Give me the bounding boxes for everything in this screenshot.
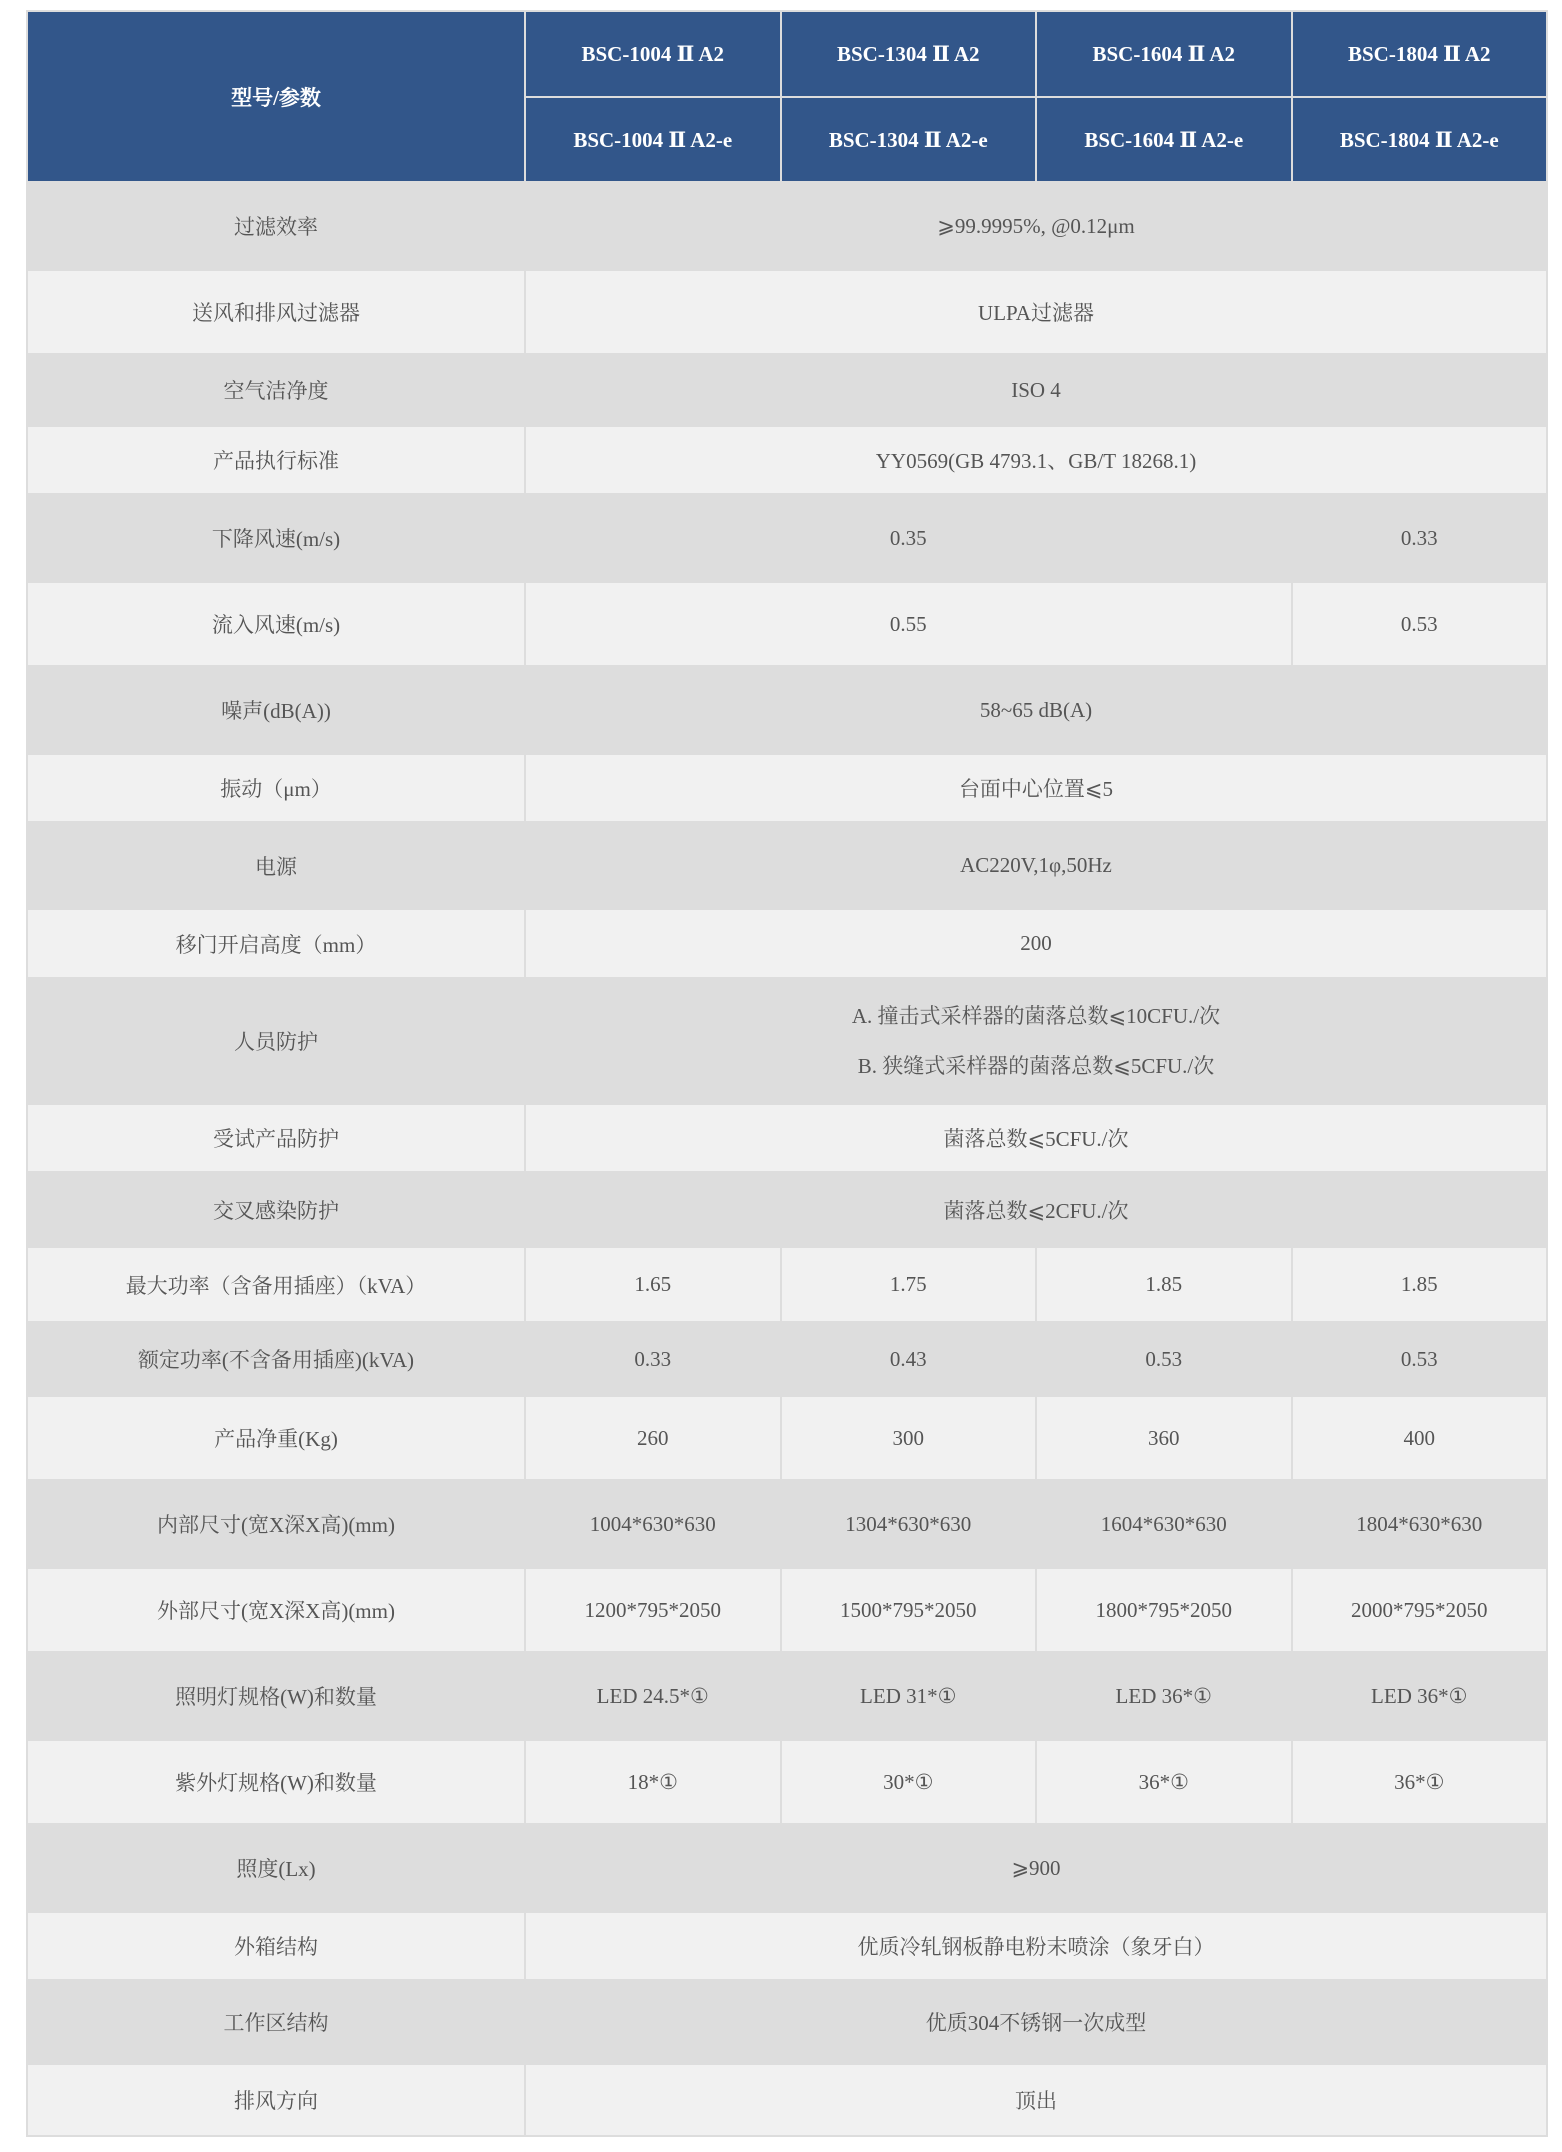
table-row: 工作区结构优质304不锈钢一次成型 <box>27 1980 1547 2064</box>
table-row: 交叉感染防护菌落总数⩽2CFU./次 <box>27 1172 1547 1247</box>
table-row: 过滤效率⩾99.9995%, @0.12μm <box>27 182 1547 270</box>
row-value-cell: ULPA过滤器 <box>525 270 1547 354</box>
row-label: 流入风速(m/s) <box>27 582 525 666</box>
model-header-1004: BSC-1004 Ⅱ A2 <box>525 11 781 97</box>
cell-text: 58~65 dB(A) <box>532 698 1540 723</box>
table-row: 照度(Lx)⩾900 <box>27 1824 1547 1912</box>
table-row: 内部尺寸(宽X深X高)(mm)1004*630*6301304*630*6301… <box>27 1480 1547 1568</box>
cell-text: 36*① <box>1043 1770 1285 1795</box>
row-value-cell: YY0569(GB 4793.1、GB/T 18268.1) <box>525 426 1547 494</box>
table-row: 流入风速(m/s)0.550.53 <box>27 582 1547 666</box>
table-row: 受试产品防护菌落总数⩽5CFU./次 <box>27 1104 1547 1172</box>
cell-text: ⩾99.9995%, @0.12μm <box>532 214 1540 239</box>
row-label: 噪声(dB(A)) <box>27 666 525 754</box>
row-value-cell: 优质冷轧钢板静电粉末喷涂（象牙白） <box>525 1912 1547 1980</box>
cell-text: ISO 4 <box>532 378 1540 403</box>
row-value-cell: 0.53 <box>1292 1322 1548 1396</box>
cell-text: 1.85 <box>1299 1272 1541 1297</box>
model-header-1604-e: BSC-1604 Ⅱ A2-e <box>1036 97 1292 182</box>
table-row: 振动（μm）台面中心位置⩽5 <box>27 754 1547 822</box>
table-row: 产品净重(Kg)260300360400 <box>27 1396 1547 1480</box>
row-value-cell: 36*① <box>1292 1740 1548 1824</box>
cell-text: 1.75 <box>788 1272 1030 1297</box>
cell-text: 1.65 <box>532 1272 774 1297</box>
row-label: 外箱结构 <box>27 1912 525 1980</box>
cell-text: LED 24.5*① <box>532 1684 774 1709</box>
cell-text: 0.35 <box>532 526 1285 551</box>
table-row: 下降风速(m/s)0.350.33 <box>27 494 1547 582</box>
table-row: 送风和排风过滤器ULPA过滤器 <box>27 270 1547 354</box>
row-label: 受试产品防护 <box>27 1104 525 1172</box>
cell-text: 1604*630*630 <box>1043 1512 1285 1537</box>
cell-text: A. 撞击式采样器的菌落总数⩽10CFU./次 <box>532 991 1540 1041</box>
row-value-cell: 1.85 <box>1292 1247 1548 1322</box>
cell-text: ⩾900 <box>532 1856 1540 1881</box>
cell-text: YY0569(GB 4793.1、GB/T 18268.1) <box>532 445 1540 475</box>
cell-text: 0.53 <box>1043 1347 1285 1372</box>
row-label: 移门开启高度（mm） <box>27 909 525 978</box>
row-value-cell: LED 36*① <box>1036 1652 1292 1740</box>
cell-text: 2000*795*2050 <box>1299 1598 1541 1623</box>
row-value-cell: LED 24.5*① <box>525 1652 781 1740</box>
row-value-cell: 36*① <box>1036 1740 1292 1824</box>
table-row: 产品执行标准YY0569(GB 4793.1、GB/T 18268.1) <box>27 426 1547 494</box>
cell-text: 260 <box>532 1426 774 1451</box>
row-value-cell: 0.53 <box>1292 582 1548 666</box>
cell-text: 1304*630*630 <box>788 1512 1030 1537</box>
row-value-cell: ⩾99.9995%, @0.12μm <box>525 182 1547 270</box>
table-row: 排风方向顶出 <box>27 2064 1547 2136</box>
cell-text: B. 狭缝式采样器的菌落总数⩽5CFU./次 <box>532 1041 1540 1091</box>
row-label: 振动（μm） <box>27 754 525 822</box>
row-value-cell: 1800*795*2050 <box>1036 1568 1292 1652</box>
row-value-cell: 1004*630*630 <box>525 1480 781 1568</box>
row-label: 紫外灯规格(W)和数量 <box>27 1740 525 1824</box>
cell-text: 0.55 <box>532 612 1285 637</box>
row-value-cell: 1804*630*630 <box>1292 1480 1548 1568</box>
table-row: 紫外灯规格(W)和数量18*①30*①36*①36*① <box>27 1740 1547 1824</box>
cell-text: 0.53 <box>1299 612 1541 637</box>
row-value-cell: 1.65 <box>525 1247 781 1322</box>
row-value-cell: LED 31*① <box>781 1652 1037 1740</box>
table-row: 移门开启高度（mm）200 <box>27 909 1547 978</box>
row-value-cell: 1.75 <box>781 1247 1037 1322</box>
row-value-cell: 1604*630*630 <box>1036 1480 1292 1568</box>
row-value-cell: ⩾900 <box>525 1824 1547 1912</box>
model-header-1804: BSC-1804 Ⅱ A2 <box>1292 11 1548 97</box>
table-body: 过滤效率⩾99.9995%, @0.12μm送风和排风过滤器ULPA过滤器空气洁… <box>27 182 1547 2136</box>
row-value-cell: 1500*795*2050 <box>781 1568 1037 1652</box>
cell-text: 200 <box>532 931 1540 956</box>
cell-text: 1200*795*2050 <box>532 1598 774 1623</box>
header-row-models: 型号/参数 BSC-1004 Ⅱ A2 BSC-1304 Ⅱ A2 BSC-16… <box>27 11 1547 97</box>
cell-text: 顶出 <box>532 2085 1540 2115</box>
row-value-cell: 台面中心位置⩽5 <box>525 754 1547 822</box>
row-label: 排风方向 <box>27 2064 525 2136</box>
row-value-cell: 0.33 <box>1292 494 1548 582</box>
row-value-cell: 58~65 dB(A) <box>525 666 1547 754</box>
row-label: 空气洁净度 <box>27 354 525 426</box>
row-label: 交叉感染防护 <box>27 1172 525 1247</box>
cell-text: 1804*630*630 <box>1299 1512 1541 1537</box>
cell-text: 300 <box>788 1426 1030 1451</box>
row-label: 电源 <box>27 822 525 909</box>
row-label: 工作区结构 <box>27 1980 525 2064</box>
cell-text: 1500*795*2050 <box>788 1598 1030 1623</box>
row-value-cell: 18*① <box>525 1740 781 1824</box>
table-row: 照明灯规格(W)和数量LED 24.5*①LED 31*①LED 36*①LED… <box>27 1652 1547 1740</box>
row-label: 最大功率（含备用插座）（kVA） <box>27 1247 525 1322</box>
row-value-cell: 30*① <box>781 1740 1037 1824</box>
corner-header: 型号/参数 <box>27 11 525 182</box>
model-header-1804-e: BSC-1804 Ⅱ A2-e <box>1292 97 1548 182</box>
row-value-cell: 菌落总数⩽2CFU./次 <box>525 1172 1547 1247</box>
cell-text: 菌落总数⩽2CFU./次 <box>532 1195 1540 1225</box>
cell-text: 400 <box>1299 1426 1541 1451</box>
table-row: 外箱结构优质冷轧钢板静电粉末喷涂（象牙白） <box>27 1912 1547 1980</box>
row-label: 人员防护 <box>27 978 525 1104</box>
table-row: 额定功率(不含备用插座)(kVA)0.330.430.530.53 <box>27 1322 1547 1396</box>
row-value-cell: LED 36*① <box>1292 1652 1548 1740</box>
row-label: 过滤效率 <box>27 182 525 270</box>
row-value-cell: 菌落总数⩽5CFU./次 <box>525 1104 1547 1172</box>
cell-text: 0.43 <box>788 1347 1030 1372</box>
row-value-cell: 0.53 <box>1036 1322 1292 1396</box>
model-header-1004-e: BSC-1004 Ⅱ A2-e <box>525 97 781 182</box>
row-value-cell: 300 <box>781 1396 1037 1480</box>
row-value-cell: 200 <box>525 909 1547 978</box>
cell-text: 1.85 <box>1043 1272 1285 1297</box>
spec-table: 型号/参数 BSC-1004 Ⅱ A2 BSC-1304 Ⅱ A2 BSC-16… <box>26 10 1548 2137</box>
cell-text: 菌落总数⩽5CFU./次 <box>532 1123 1540 1153</box>
table-row: 噪声(dB(A))58~65 dB(A) <box>27 666 1547 754</box>
row-value-cell: 优质304不锈钢一次成型 <box>525 1980 1547 2064</box>
cell-text: 0.33 <box>1299 526 1541 551</box>
row-value-cell: 1304*630*630 <box>781 1480 1037 1568</box>
cell-text: AC220V,1φ,50Hz <box>532 853 1540 878</box>
cell-text: 优质304不锈钢一次成型 <box>532 2007 1540 2037</box>
table-row: 人员防护A. 撞击式采样器的菌落总数⩽10CFU./次B. 狭缝式采样器的菌落总… <box>27 978 1547 1104</box>
row-label: 产品净重(Kg) <box>27 1396 525 1480</box>
cell-text: 18*① <box>532 1770 774 1795</box>
cell-text: 0.33 <box>532 1347 774 1372</box>
row-value-cell: 0.43 <box>781 1322 1037 1396</box>
row-label: 送风和排风过滤器 <box>27 270 525 354</box>
cell-text: 1800*795*2050 <box>1043 1598 1285 1623</box>
row-label: 内部尺寸(宽X深X高)(mm) <box>27 1480 525 1568</box>
cell-text: ULPA过滤器 <box>532 297 1540 327</box>
table-row: 外部尺寸(宽X深X高)(mm)1200*795*20501500*795*205… <box>27 1568 1547 1652</box>
row-label: 产品执行标准 <box>27 426 525 494</box>
cell-text: 0.53 <box>1299 1347 1541 1372</box>
row-value-cell: 1.85 <box>1036 1247 1292 1322</box>
cell-text: 1004*630*630 <box>532 1512 774 1537</box>
cell-text: LED 31*① <box>788 1684 1030 1709</box>
model-header-1604: BSC-1604 Ⅱ A2 <box>1036 11 1292 97</box>
row-value-cell: ISO 4 <box>525 354 1547 426</box>
row-label: 外部尺寸(宽X深X高)(mm) <box>27 1568 525 1652</box>
table-header: 型号/参数 BSC-1004 Ⅱ A2 BSC-1304 Ⅱ A2 BSC-16… <box>27 11 1547 182</box>
cell-text: 30*① <box>788 1770 1030 1795</box>
cell-text: 优质冷轧钢板静电粉末喷涂（象牙白） <box>532 1931 1540 1961</box>
model-header-1304-e: BSC-1304 Ⅱ A2-e <box>781 97 1037 182</box>
spec-table-container: 型号/参数 BSC-1004 Ⅱ A2 BSC-1304 Ⅱ A2 BSC-16… <box>26 10 1546 2137</box>
table-row: 电源AC220V,1φ,50Hz <box>27 822 1547 909</box>
cell-text: LED 36*① <box>1043 1684 1285 1709</box>
row-value-cell: 顶出 <box>525 2064 1547 2136</box>
cell-text: 36*① <box>1299 1770 1541 1795</box>
cell-text: 台面中心位置⩽5 <box>532 773 1540 803</box>
cell-text: LED 36*① <box>1299 1684 1541 1709</box>
row-label: 下降风速(m/s) <box>27 494 525 582</box>
row-value-cell: 400 <box>1292 1396 1548 1480</box>
row-value-cell: 1200*795*2050 <box>525 1568 781 1652</box>
row-label: 额定功率(不含备用插座)(kVA) <box>27 1322 525 1396</box>
row-label: 照度(Lx) <box>27 1824 525 1912</box>
row-value-cell: 260 <box>525 1396 781 1480</box>
row-value-cell: 2000*795*2050 <box>1292 1568 1548 1652</box>
row-value-cell: 0.35 <box>525 494 1292 582</box>
table-row: 最大功率（含备用插座）（kVA）1.651.751.851.85 <box>27 1247 1547 1322</box>
table-row: 空气洁净度ISO 4 <box>27 354 1547 426</box>
row-value-cell: 360 <box>1036 1396 1292 1480</box>
cell-text: 360 <box>1043 1426 1285 1451</box>
model-header-1304: BSC-1304 Ⅱ A2 <box>781 11 1037 97</box>
row-label: 照明灯规格(W)和数量 <box>27 1652 525 1740</box>
row-value-cell: A. 撞击式采样器的菌落总数⩽10CFU./次B. 狭缝式采样器的菌落总数⩽5C… <box>525 978 1547 1104</box>
row-value-cell: AC220V,1φ,50Hz <box>525 822 1547 909</box>
row-value-cell: 0.55 <box>525 582 1292 666</box>
row-value-cell: 0.33 <box>525 1322 781 1396</box>
